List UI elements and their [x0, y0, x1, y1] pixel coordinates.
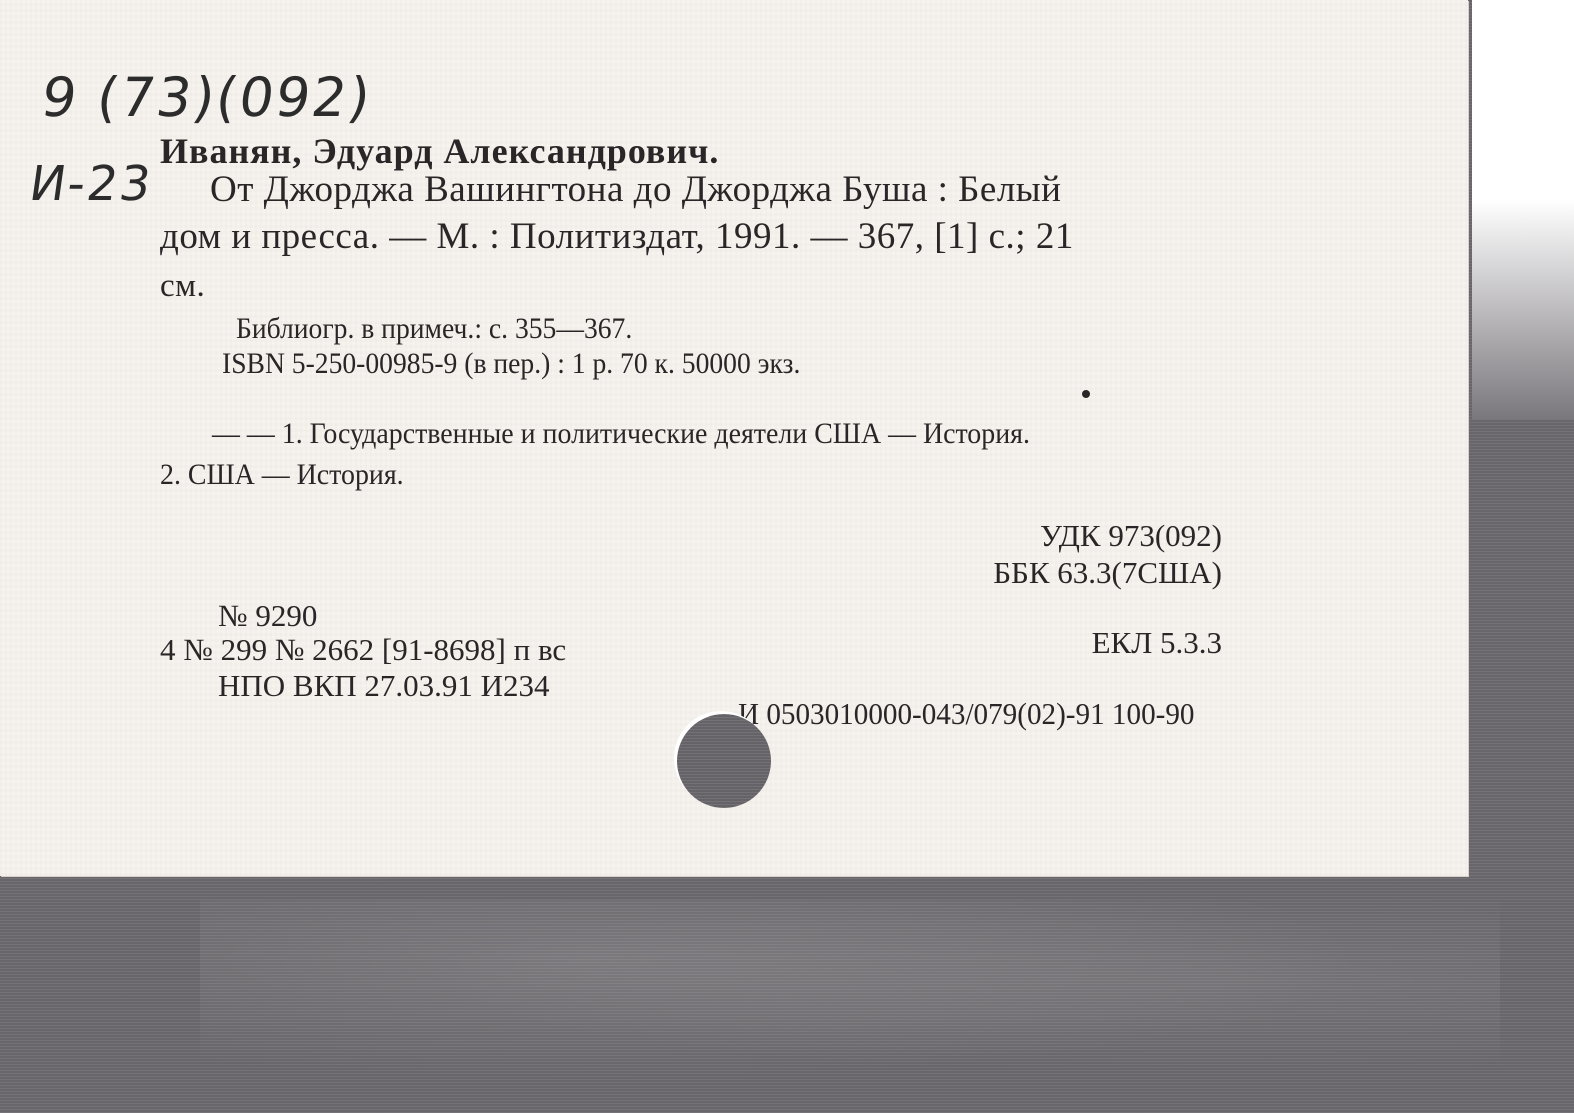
title-line-1: От Джорджа Вашингтона до Джорджа Буша : … [210, 168, 1061, 211]
scanner-margin [1472, 0, 1574, 200]
catalog-card: 9 (73)(092) И-23 Иванян, Эдуард Александ… [0, 0, 1468, 876]
handwritten-classification: 9 (73)(092) [38, 66, 376, 129]
author-heading: Иванян, Эдуард Александрович. [160, 130, 719, 172]
ekl-code: ЕКЛ 5.3.3 [1092, 625, 1222, 661]
bbk-code: ББК 63.3(7США) [993, 555, 1222, 591]
title-line-2: дом и пресса. — М. : Политиздат, 1991. —… [160, 215, 1074, 258]
handwritten-author-mark: И-23 [26, 156, 156, 212]
subject-line-1: — — 1. Государственные и политические де… [212, 417, 1030, 451]
background-smudges [200, 900, 1500, 1100]
print-info-line-3: НПО ВКП 27.03.91 И234 [218, 668, 550, 704]
ink-dot [1082, 390, 1090, 398]
punch-hole [677, 714, 771, 808]
publisher-code: И 0503010000-043/079(02)-91 100-90 [738, 696, 1194, 732]
subject-line-2: 2. США — История. [160, 458, 404, 492]
title-line-3: см. [160, 268, 205, 305]
scanner-margin-fade [1472, 200, 1574, 420]
isbn-note: ISBN 5-250-00985-9 (в пер.) : 1 р. 70 к.… [222, 347, 800, 381]
udk-code: УДК 973(092) [1040, 518, 1222, 554]
print-info-line-1: № 9290 [218, 598, 317, 634]
bibliography-note: Библиогр. в примеч.: с. 355—367. [236, 312, 632, 346]
print-info-line-2: 4 № 299 № 2662 [91-8698] п вс [160, 632, 566, 668]
